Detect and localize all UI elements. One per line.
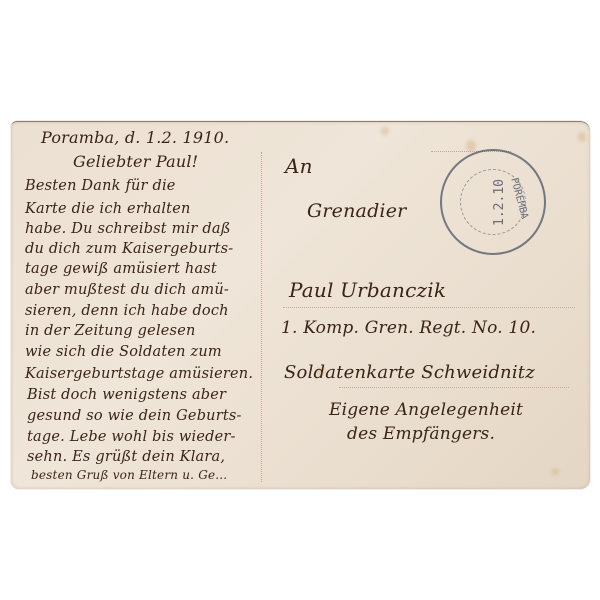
message-line: aber mußtest du dich amü- <box>25 282 229 298</box>
address-guide-line <box>283 307 575 308</box>
message-line: Besten Dank für die <box>25 178 176 194</box>
message-line: Bist doch wenigstens aber <box>27 387 226 403</box>
message-line: tage gewiß amüsiert hast <box>25 261 217 277</box>
message-line: Karte die ich erhalten <box>25 201 191 217</box>
divider-line <box>261 152 262 482</box>
address-city: Soldatenkarte Schweidnitz <box>284 362 535 383</box>
address-unit: 1. Komp. Gren. Regt. No. 10. <box>281 318 536 338</box>
postmark-stamp: 1.2.10 POREMBA <box>440 149 546 255</box>
message-line: Kaisergeburtstage amüsieren. <box>25 366 253 382</box>
address-to: An <box>285 154 313 178</box>
message-line: gesund so wie dein Geburts- <box>27 408 242 424</box>
postmark-date: 1.2.10 <box>492 179 507 226</box>
message-line: besten Gruß von Eltern u. Ge... <box>31 468 227 482</box>
message-line: tage. Lebe wohl bis wieder- <box>27 429 236 445</box>
message-line: sehn. Es grüßt dein Klara, <box>27 449 225 465</box>
postcard: Poramba, d. 1.2. 1910. Geliebter Paul! B… <box>11 121 590 489</box>
message-line: du dich zum Kaisergeburts- <box>25 241 233 257</box>
message-line: wie sich die Soldaten zum <box>25 344 222 360</box>
address-rank: Grenadier <box>307 200 406 222</box>
stain <box>578 132 586 142</box>
address-note-line-1: Eigene Angelegenheit <box>329 400 523 420</box>
message-line: sieren, denn ich habe doch <box>25 303 229 319</box>
message-line: in der Zeitung gelesen <box>25 323 196 339</box>
salutation: Geliebter Paul! <box>73 152 198 171</box>
stain <box>552 468 559 475</box>
message-line: habe. Du schreibst mir daß <box>25 221 231 237</box>
place-date: Poramba, d. 1.2. 1910. <box>41 128 229 147</box>
address-name: Paul Urbanczik <box>289 278 446 302</box>
stain <box>381 127 389 135</box>
address-note-line-2: des Empfängers. <box>347 424 495 444</box>
address-guide-line <box>339 387 569 388</box>
